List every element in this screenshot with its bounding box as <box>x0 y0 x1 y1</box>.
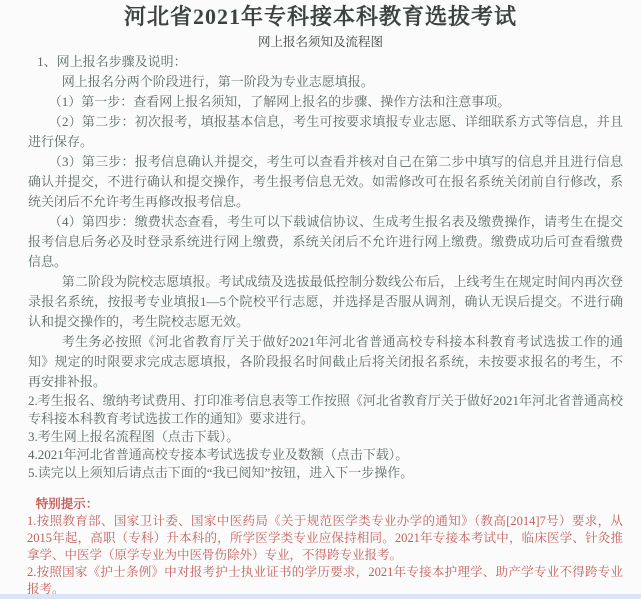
step-3: （3）第三步：报考信息确认并提交，考生可以查看并核对自己在第二步中填写的信息并且… <box>28 152 623 212</box>
section-1-heading: 1、网上报名步骤及说明： <box>28 52 623 72</box>
deadline-note: 考生务必按照《河北省教育厅关于做好2021年河北省普通高校专科接本科教育考试选拔… <box>28 332 623 392</box>
notice-document: 河北省2021年专科接本科教育选拔考试 网上报名须知及流程图 1、网上报名步骤及… <box>0 0 641 599</box>
page-title: 河北省2021年专科接本科教育选拔考试 <box>0 3 641 31</box>
item-4-majors-quota-download-link[interactable]: 4.2021年河北省普通高校专接本考试选拔专业及数额（点击下载）。 <box>28 446 623 464</box>
step-4: （4）第四步：缴费状态查看，考生可以下载诚信协议、生成考生报名表及缴费操作，请考… <box>28 212 623 272</box>
special-notice-item-1: 1.按照教育部、国家卫计委、国家中医药局《关于规范医学类专业办学的通知》（教高[… <box>27 513 623 564</box>
item-3-flowchart-download-link[interactable]: 3.考生网上报名流程图（点击下载）。 <box>28 428 623 446</box>
special-notice-heading: 特别提示： <box>27 496 623 513</box>
stage-1-intro: 网上报名分两个阶段进行，第一阶段为专业志愿填报。 <box>28 72 623 92</box>
stage-2-intro: 第二阶段为院校志愿填报。考试成绩及选拔最低控制分数线公布后，上线考生在规定时间内… <box>28 272 623 332</box>
item-5-confirm-instruction: 5.读完以上须知后请点击下面的“我已阅知”按钮，进入下一步操作。 <box>28 464 623 482</box>
special-notice-section: 特别提示： 1.按照教育部、国家卫计委、国家中医药局《关于规范医学类专业办学的通… <box>0 496 641 598</box>
item-2-registration-note: 2.考生报名、缴纳考试费用、打印准考信息表等工作按照《河北省教育厅关于做好202… <box>28 392 623 428</box>
document-header: 河北省2021年专科接本科教育选拔考试 网上报名须知及流程图 <box>0 0 641 50</box>
step-1: （1）第一步：查看网上报名须知，了解网上报名的步骤、操作方法和注意事项。 <box>28 92 623 112</box>
special-notice-item-2: 2.按照国家《护士条例》中对报考护士执业证书的学历要求，2021年专接本护理学、… <box>27 564 623 598</box>
bottom-strip <box>0 594 641 599</box>
notice-body: 1、网上报名步骤及说明： 网上报名分两个阶段进行，第一阶段为专业志愿填报。 （1… <box>0 50 641 482</box>
page-subtitle: 网上报名须知及流程图 <box>0 34 641 50</box>
step-2: （2）第二步：初次报考，填报基本信息，考生可按要求填报专业志愿、详细联系方式等信… <box>28 112 623 152</box>
